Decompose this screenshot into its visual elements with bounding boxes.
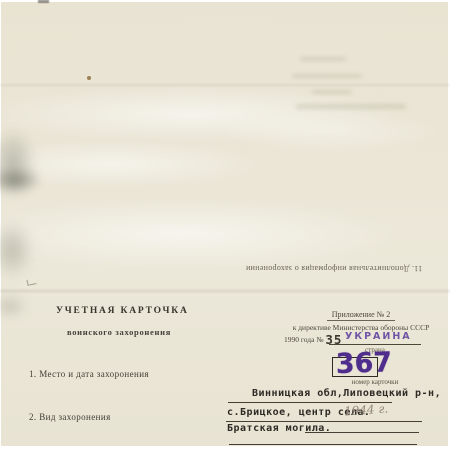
empty-entry-underline [229, 444, 417, 445]
edge-shadow-stain [0, 128, 36, 198]
edge-shadow-stain [0, 294, 28, 318]
edge-shadow-stain [0, 166, 42, 194]
card-subtitle: воинского захоронения [56, 327, 182, 337]
entry-region-line: Винницкая обл,Липовецкий р-н, [252, 388, 441, 399]
paper-speck [38, 0, 49, 3]
ink-bleedthrough [312, 90, 352, 94]
paper-speck [87, 76, 91, 80]
rotated-section-11-label: 11. Дополнительная информация о захороне… [234, 264, 434, 273]
scanned-burial-card: { "scan": { "rotated_note": "11. Дополни… [0, 0, 450, 450]
country-underline [329, 344, 421, 345]
ink-bleedthrough [292, 74, 362, 78]
scan-stage: 11. Дополнительная информация о захороне… [0, 0, 450, 450]
entry-underline [305, 432, 419, 433]
card-number-stamp: 367 [326, 346, 401, 380]
paper-crease [0, 84, 450, 86]
paper-crease [0, 290, 450, 292]
ink-bleedthrough [296, 104, 406, 109]
pencil-mark [26, 278, 36, 286]
card-number-field-label: номер карточки [320, 378, 430, 386]
annex-year-prefix: 1990 года № [284, 335, 323, 344]
ink-bleedthrough [300, 57, 346, 61]
entry-underline [226, 421, 422, 422]
field-2-label: 2. Вид захоронения [29, 412, 111, 422]
field-1-label: 1. Место и дата захоронения [29, 369, 149, 379]
handwritten-year: 1944 г. [344, 401, 389, 418]
edge-shadow-stain [0, 220, 34, 280]
country-stamp: УКРАИНА [345, 331, 412, 342]
card-title: УЧЕТНАЯ КАРТОЧКА [56, 306, 182, 316]
annex-line1: Приложение № 2 [327, 310, 396, 321]
